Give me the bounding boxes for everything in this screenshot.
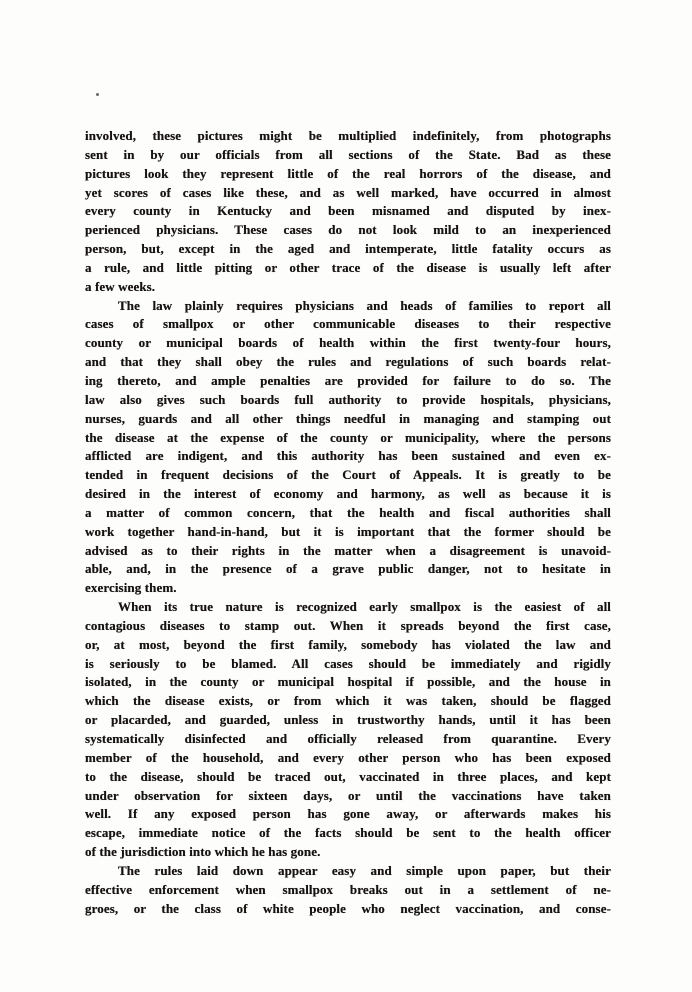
text-line: advised as to their rights in the matter…: [85, 542, 611, 561]
text-line: contagious diseases to stamp out. When i…: [85, 617, 611, 636]
text-line: escape, immediate notice of the facts sh…: [85, 824, 611, 843]
text-line: a matter of common concern, that the hea…: [85, 504, 611, 523]
text-line: work together hand-in-hand, but it is im…: [85, 523, 611, 542]
paragraph: The law plainly requires physicians and …: [85, 297, 611, 599]
text-line: under observation for sixteen days, or u…: [85, 787, 611, 806]
text-line: nurses, guards and all other things need…: [85, 410, 611, 429]
text-line: and that they shall obey the rules and r…: [85, 353, 611, 372]
text-line: afflicted are indigent, and this authori…: [85, 447, 611, 466]
paragraph: When its true nature is recognized early…: [85, 598, 611, 862]
text-line: person, but, except in the aged and inte…: [85, 240, 611, 259]
text-line: The law plainly requires physicians and …: [85, 297, 611, 316]
text-line: a few weeks.: [85, 278, 611, 297]
text-line: tended in frequent decisions of the Cour…: [85, 466, 611, 485]
text-line: the disease at the expense of the county…: [85, 429, 611, 448]
text-line: law also gives such boards full authorit…: [85, 391, 611, 410]
text-line: desired in the interest of economy and h…: [85, 485, 611, 504]
text-line: yet scores of cases like these, and as w…: [85, 184, 611, 203]
text-line: effective enforcement when smallpox brea…: [85, 881, 611, 900]
text-line: which the disease exists, or from which …: [85, 692, 611, 711]
text-block: involved, these pictures might be multip…: [85, 127, 611, 918]
text-line: able, and, in the presence of a grave pu…: [85, 560, 611, 579]
text-line: groes, or the class of white people who …: [85, 900, 611, 919]
text-line: isolated, in the county or municipal hos…: [85, 673, 611, 692]
text-line: perienced physicians. These cases do not…: [85, 221, 611, 240]
text-line: exercising them.: [85, 579, 611, 598]
document-page: involved, these pictures might be multip…: [0, 0, 692, 992]
text-line: pictures look they represent little of t…: [85, 165, 611, 184]
text-line: is seriously to be blamed. All cases sho…: [85, 655, 611, 674]
text-line: cases of smallpox or other communicable …: [85, 315, 611, 334]
text-line: sent in by our officials from all sectio…: [85, 146, 611, 165]
text-line: involved, these pictures might be multip…: [85, 127, 611, 146]
text-line: ing thereto, and ample penalties are pro…: [85, 372, 611, 391]
text-line: every county in Kentucky and been misnam…: [85, 202, 611, 221]
text-line: well. If any exposed person has gone awa…: [85, 805, 611, 824]
text-line: to the disease, should be traced out, va…: [85, 768, 611, 787]
text-line: The rules laid down appear easy and simp…: [85, 862, 611, 881]
paragraph: involved, these pictures might be multip…: [85, 127, 611, 297]
text-line: county or municipal boards of health wit…: [85, 334, 611, 353]
ink-speck: [96, 93, 99, 96]
text-line: a rule, and little pitting or other trac…: [85, 259, 611, 278]
text-line: or, at most, beyond the first family, so…: [85, 636, 611, 655]
text-line: of the jurisdiction into which he has go…: [85, 843, 611, 862]
text-line: When its true nature is recognized early…: [85, 598, 611, 617]
text-line: systematically disinfected and officiall…: [85, 730, 611, 749]
text-line: member of the household, and every other…: [85, 749, 611, 768]
text-line: or placarded, and guarded, unless in tru…: [85, 711, 611, 730]
paragraph: The rules laid down appear easy and simp…: [85, 862, 611, 919]
